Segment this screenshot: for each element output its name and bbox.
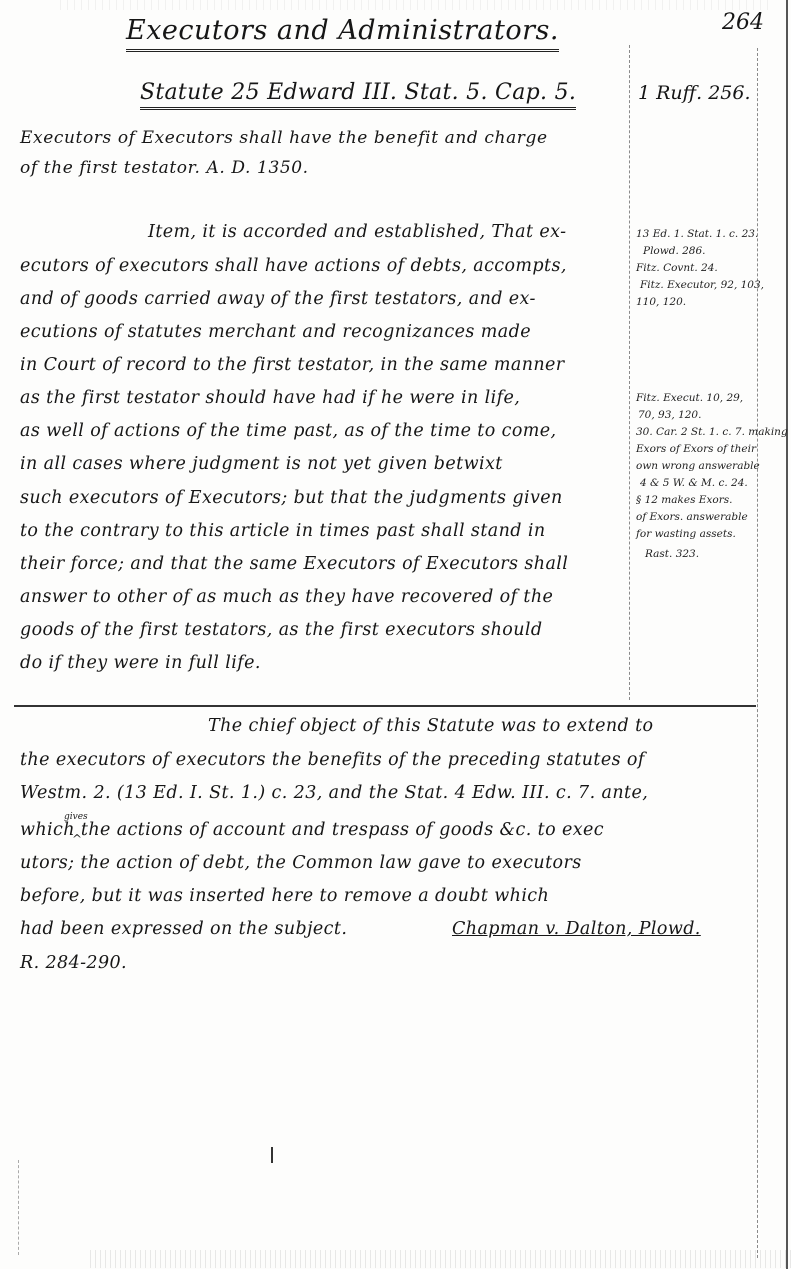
margin-note: 110, 120. xyxy=(636,296,686,308)
margin-note: Fitz. Execut. 10, 29, xyxy=(636,392,743,404)
statute-line: answer to other of as much as they have … xyxy=(20,587,553,607)
commentary-line: The chief object of this Statute was to … xyxy=(208,716,653,736)
statute-line: ecutions of statutes merchant and recogn… xyxy=(20,322,531,342)
statute-line: such executors of Executors; but that th… xyxy=(20,488,563,508)
statute-line: goods of the first testators, as the fir… xyxy=(20,620,543,640)
statute-line: ecutors of executors shall have actions … xyxy=(20,256,567,276)
commentary-line: which the actions of account and trespas… xyxy=(20,820,604,840)
case-citation: Chapman v. Dalton, Plowd. xyxy=(452,919,701,939)
statute-line: do if they were in full life. xyxy=(20,653,261,673)
commentary-line: before, but it was inserted here to remo… xyxy=(20,886,549,906)
margin-note: 4 & 5 W. & M. c. 24. xyxy=(640,477,748,489)
statute-heading: Statute 25 Edward III. Stat. 5. Cap. 5. xyxy=(140,80,576,110)
statute-line: as the first testator should have had if… xyxy=(20,388,520,408)
margin-note: § 12 makes Exors. xyxy=(636,494,732,506)
summary-line: of the first testator. A. D. 1350. xyxy=(20,158,309,178)
scan-noise-bottom xyxy=(90,1250,791,1268)
margin-note: 13 Ed. 1. Stat. 1. c. 23. xyxy=(636,228,758,240)
scan-noise-top xyxy=(60,0,771,10)
manuscript-page: 264 Executors and Administrators. Statut… xyxy=(0,0,791,1269)
left-edge-rule xyxy=(18,1160,19,1255)
commentary-line: R. 284-290. xyxy=(20,953,127,973)
margin-note: 70, 93, 120. xyxy=(638,409,701,421)
commentary-line: Westm. 2. (13 Ed. I. St. 1.) c. 23, and … xyxy=(20,783,648,803)
page-title: Executors and Administrators. xyxy=(126,15,559,52)
margin-note: Exors of Exors of their xyxy=(636,443,756,455)
margin-note: Fitz. Covnt. 24. xyxy=(636,262,718,274)
statute-line: their force; and that the same Executors… xyxy=(20,554,568,574)
page-number: 264 xyxy=(722,10,764,35)
margin-note: for wasting assets. xyxy=(636,528,736,540)
statute-line: in all cases where judgment is not yet g… xyxy=(20,454,503,474)
margin-rule-left xyxy=(629,45,630,700)
statute-line: and of goods carried away of the first t… xyxy=(20,289,536,309)
page-edge xyxy=(786,0,788,1269)
margin-note: 30. Car. 2 St. 1. c. 7. making xyxy=(636,426,788,438)
margin-reference-top: 1 Ruff. 256. xyxy=(638,82,751,104)
statute-line: Item, it is accorded and established, Th… xyxy=(148,222,566,242)
margin-note: of Exors. answerable xyxy=(636,511,748,523)
statute-line: as well of actions of the time past, as … xyxy=(20,421,556,441)
commentary-line: had been expressed on the subject. xyxy=(20,919,347,939)
statute-line: to the contrary to this article in times… xyxy=(20,521,545,541)
margin-note: Rast. 323. xyxy=(645,548,699,560)
commentary-line: utors; the action of debt, the Common la… xyxy=(20,853,582,873)
summary-line: Executors of Executors shall have the be… xyxy=(20,128,548,148)
commentary-line: the executors of executors the benefits … xyxy=(20,750,645,770)
margin-note: own wrong answerable xyxy=(636,460,760,472)
statute-line: in Court of record to the first testator… xyxy=(20,355,565,375)
ink-mark xyxy=(271,1147,273,1163)
margin-note: Fitz. Executor, 92, 103, xyxy=(640,279,764,291)
section-divider xyxy=(14,705,756,707)
margin-note: Plowd. 286. xyxy=(643,245,706,257)
